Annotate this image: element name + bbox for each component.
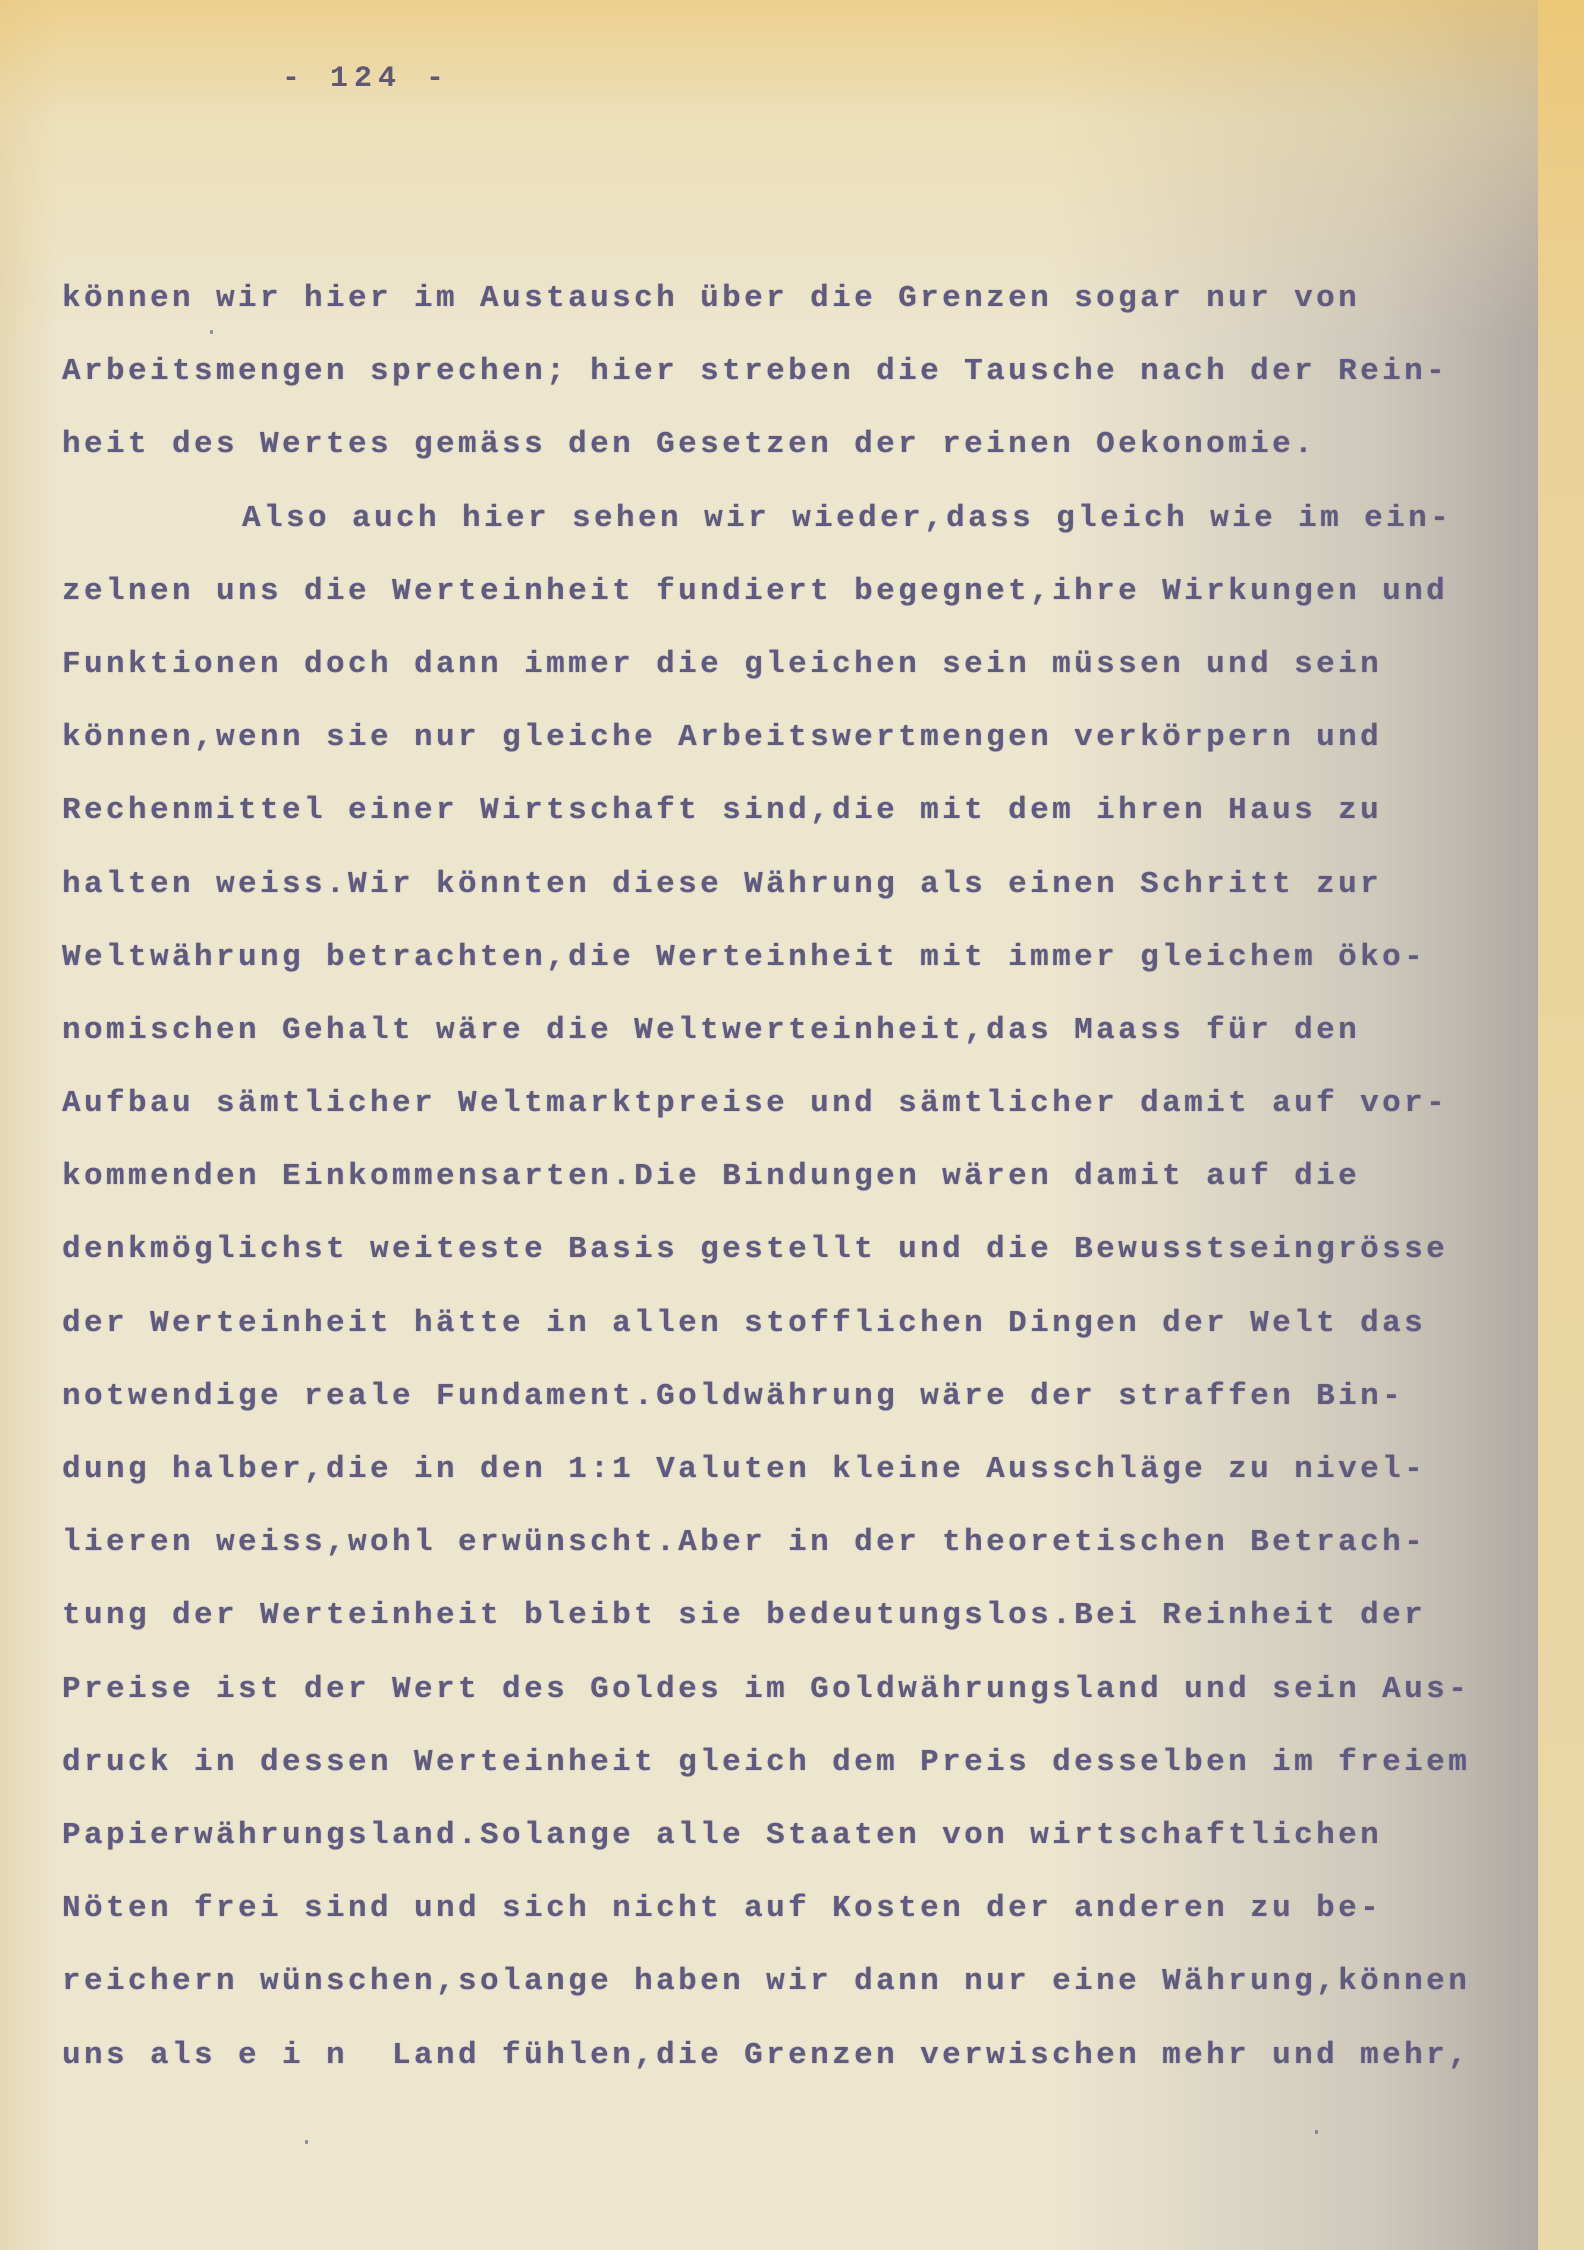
- text-line: lieren weiss,wohl erwünscht.Aber in der …: [62, 1506, 1542, 1579]
- text-line: der Werteinheit hätte in allen stofflich…: [62, 1287, 1542, 1360]
- text-line: denkmöglichst weiteste Basis gestellt un…: [62, 1213, 1542, 1286]
- paragraph-start-line: Also auch hier sehen wir wieder,dass gle…: [62, 482, 1542, 555]
- document-page: - 124 - können wir hier im Austausch übe…: [0, 0, 1538, 2250]
- text-line: Weltwährung betrachten,die Werteinheit m…: [62, 921, 1542, 994]
- text-line: druck in dessen Werteinheit gleich dem P…: [62, 1726, 1542, 1799]
- text-line: Rechenmittel einer Wirtschaft sind,die m…: [62, 774, 1542, 847]
- text-line: Aufbau sämtlicher Weltmarktpreise und sä…: [62, 1067, 1542, 1140]
- text-line: heit des Wertes gemäss den Gesetzen der …: [62, 408, 1542, 481]
- ink-speck: [305, 2140, 308, 2144]
- text-line: Preise ist der Wert des Goldes im Goldwä…: [62, 1653, 1542, 1726]
- scan-edge-strip: [1538, 0, 1584, 2250]
- text-line: können wir hier im Austausch über die Gr…: [62, 262, 1542, 335]
- text-line: zelnen uns die Werteinheit fundiert bege…: [62, 555, 1542, 628]
- text-line: Arbeitsmengen sprechen; hier streben die…: [62, 335, 1542, 408]
- text-line: tung der Werteinheit bleibt sie bedeutun…: [62, 1579, 1542, 1652]
- body-text: können wir hier im Austausch über die Gr…: [62, 262, 1542, 2092]
- text-line: kommenden Einkommensarten.Die Bindungen …: [62, 1140, 1542, 1213]
- ink-speck: [210, 330, 213, 334]
- text-line: nomischen Gehalt wäre die Weltwerteinhei…: [62, 994, 1542, 1067]
- text-line: uns als e i n Land fühlen,die Grenzen ve…: [62, 2019, 1542, 2092]
- page-number: - 124 -: [282, 62, 450, 96]
- text-line: Nöten frei sind und sich nicht auf Koste…: [62, 1872, 1542, 1945]
- text-line: halten weiss.Wir könnten diese Währung a…: [62, 848, 1542, 921]
- text-line: reichern wünschen,solange haben wir dann…: [62, 1945, 1542, 2018]
- text-line: Papierwährungsland.Solange alle Staaten …: [62, 1799, 1542, 1872]
- text-line: können,wenn sie nur gleiche Arbeitswertm…: [62, 701, 1542, 774]
- text-line: notwendige reale Fundament.Goldwährung w…: [62, 1360, 1542, 1433]
- ink-speck: [1315, 2130, 1318, 2134]
- text-line: dung halber,die in den 1:1 Valuten klein…: [62, 1433, 1542, 1506]
- text-line: Funktionen doch dann immer die gleichen …: [62, 628, 1542, 701]
